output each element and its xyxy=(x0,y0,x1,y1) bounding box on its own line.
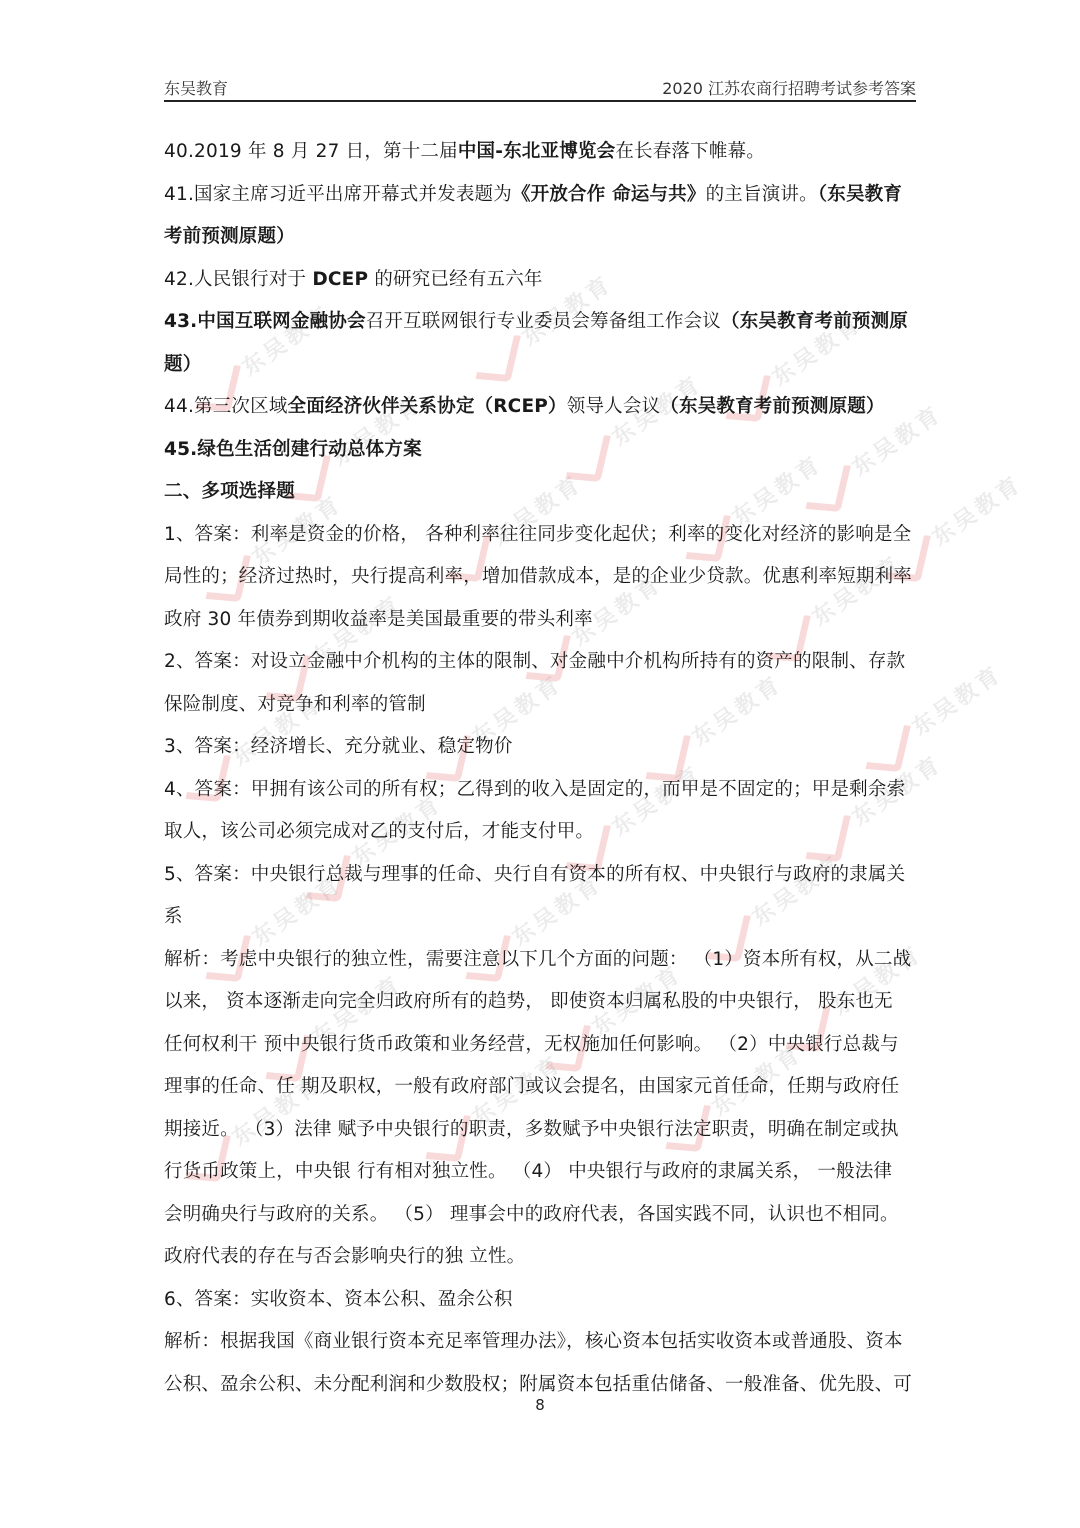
text-line: 二、多项选择题 xyxy=(164,471,916,514)
text-segment: 41.国家主席习近平出席开幕式并发表题为 xyxy=(164,184,512,205)
text-segment: 5、答案：中央银行总裁与理事的任命、央行自有资本的所有权、中央银行与政府的隶属关 xyxy=(164,864,905,885)
bold-text: 43.中国互联网金融协会 xyxy=(164,311,366,332)
bold-text: （东吴教育考前预测原题） xyxy=(660,396,884,417)
text-line: 解析：考虑中央银行的独立性，需要注意以下几个方面的问题： （1）资本所有权，从二… xyxy=(164,939,916,982)
bold-text: 《开放合作 命运与共》 xyxy=(512,184,706,205)
bold-text: 全面经济伙伴关系协定（RCEP） xyxy=(288,396,567,417)
document-body: 40.2019 年 8 月 27 日，第十二届中国-东北亚博览会在长春落下帷幕。… xyxy=(164,131,916,1406)
text-segment: 2、答案：对设立金融中介机构的主体的限制、对金融中介机构所持有的资产的限制、存款 xyxy=(164,651,905,672)
text-segment: 行货币政策上，中央银 行有相对独立性。 （4） 中央银行与政府的隶属关系， 一般… xyxy=(164,1161,892,1182)
page-header: 东吴教育 2020 江苏农商行招聘考试参考答案 xyxy=(164,76,916,102)
text-line: 局性的；经济过热时，央行提高利率，增加借款成本，是的企业少贷款。优惠利率短期利率 xyxy=(164,556,916,599)
text-segment: 1、答案：利率是资金的价格， 各种利率往往同步变化起伏；利率的变化对经济的影响是… xyxy=(164,524,911,545)
text-line: 2、答案：对设立金融中介机构的主体的限制、对金融中介机构所持有的资产的限制、存款 xyxy=(164,641,916,684)
watermark-text: 东吴教育 xyxy=(908,661,1008,741)
text-segment: 6、答案：实收资本、资本公积、盈余公积 xyxy=(164,1289,513,1310)
text-line: 会明确央行与政府的关系。 （5） 理事会中的政府代表，各国实践不同，认识也不相同… xyxy=(164,1194,916,1237)
text-segment: 以来， 资本逐渐走向完全归政府所有的趋势， 即使资本归属私股的中央银行， 股东也… xyxy=(164,991,893,1012)
text-line: 期接近。 （3）法律 赋予中央银行的职责，多数赋予中央银行法定职责，明确在制定或… xyxy=(164,1109,916,1152)
text-line: 45.绿色生活创建行动总体方案 xyxy=(164,429,916,472)
text-segment: 召开互联网银行专业委员会筹备组工作会议 xyxy=(366,311,721,332)
bold-text: 考前预测原题） xyxy=(164,226,295,247)
text-segment: 理事的任命、任 期及职权，一般有政府部门或议会提名，由国家元首任命，任期与政府任 xyxy=(164,1076,899,1097)
text-line: 42.人民银行对于 DCEP 的研究已经有五六年 xyxy=(164,259,916,302)
bold-text: 45.绿色生活创建行动总体方案 xyxy=(164,439,422,460)
text-line: 44.第三次区域全面经济伙伴关系协定（RCEP）领导人会议（东吴教育考前预测原题… xyxy=(164,386,916,429)
text-segment: 在长春落下帷幕。 xyxy=(615,141,765,162)
bold-text: 中国-东北亚博览会 xyxy=(458,141,615,162)
bold-text: 题） xyxy=(164,354,201,375)
text-segment: 政府代表的存在与否会影响央行的独 立性。 xyxy=(164,1246,525,1267)
text-line: 考前预测原题） xyxy=(164,216,916,259)
text-line: 6、答案：实收资本、资本公积、盈余公积 xyxy=(164,1279,916,1322)
text-line: 行货币政策上，中央银 行有相对独立性。 （4） 中央银行与政府的隶属关系， 一般… xyxy=(164,1151,916,1194)
text-segment: 的主旨演讲。 xyxy=(706,184,818,205)
watermark-text: 东吴教育 xyxy=(928,471,1028,551)
text-segment: 44.第三次区域 xyxy=(164,396,288,417)
text-line: 41.国家主席习近平出席开幕式并发表题为《开放合作 命运与共》的主旨演讲。（东吴… xyxy=(164,174,916,217)
text-line: 系 xyxy=(164,896,916,939)
text-line: 取人，该公司必须完成对乙的支付后，才能支付甲。 xyxy=(164,811,916,854)
text-line: 4、答案：甲拥有该公司的所有权；乙得到的收入是固定的，而甲是不固定的；甲是剩余索 xyxy=(164,769,916,812)
bold-text: （东吴教育考前预测原 xyxy=(721,311,908,332)
header-org-name: 东吴教育 xyxy=(164,76,228,99)
text-segment: 政府 30 年债券到期收益率是美国最重要的带头利率 xyxy=(164,609,593,630)
text-segment: 任何权利干 预中央银行货币政策和业务经营，无权施加任何影响。 （2）中央银行总裁… xyxy=(164,1034,899,1055)
bold-text: DCEP xyxy=(312,269,368,290)
text-segment: 期接近。 （3）法律 赋予中央银行的职责，多数赋予中央银行法定职责，明确在制定或… xyxy=(164,1119,899,1140)
bold-text: （东吴教育 xyxy=(818,184,902,205)
text-line: 任何权利干 预中央银行货币政策和业务经营，无权施加任何影响。 （2）中央银行总裁… xyxy=(164,1024,916,1067)
text-line: 以来， 资本逐渐走向完全归政府所有的趋势， 即使资本归属私股的中央银行， 股东也… xyxy=(164,981,916,1024)
text-segment: 取人，该公司必须完成对乙的支付后，才能支付甲。 xyxy=(164,821,594,842)
text-segment: 领导人会议 xyxy=(567,396,661,417)
text-segment: 解析：考虑中央银行的独立性，需要注意以下几个方面的问题： （1）资本所有权，从二… xyxy=(164,949,911,970)
text-segment: 3、答案：经济增长、充分就业、稳定物价 xyxy=(164,736,513,757)
text-line: 政府代表的存在与否会影响央行的独 立性。 xyxy=(164,1236,916,1279)
text-segment: 公积、盈余公积、未分配利润和少数股权；附属资本包括重估储备、一般准备、优先股、可 xyxy=(164,1374,912,1395)
text-line: 1、答案：利率是资金的价格， 各种利率往往同步变化起伏；利率的变化对经济的影响是… xyxy=(164,514,916,557)
text-line: 43.中国互联网金融协会召开互联网银行专业委员会筹备组工作会议（东吴教育考前预测… xyxy=(164,301,916,344)
text-segment: 解析：根据我国《商业银行资本充足率管理办法》，核心资本包括实收资本或普通股、资本 xyxy=(164,1331,903,1352)
text-line: 40.2019 年 8 月 27 日，第十二届中国-东北亚博览会在长春落下帷幕。 xyxy=(164,131,916,174)
text-line: 政府 30 年债券到期收益率是美国最重要的带头利率 xyxy=(164,599,916,642)
header-document-title: 2020 江苏农商行招聘考试参考答案 xyxy=(662,76,916,99)
text-line: 题） xyxy=(164,344,916,387)
text-segment: 会明确央行与政府的关系。 （5） 理事会中的政府代表，各国实践不同，认识也不相同… xyxy=(164,1204,899,1225)
text-segment: 系 xyxy=(164,906,183,927)
text-line: 3、答案：经济增长、充分就业、稳定物价 xyxy=(164,726,916,769)
text-segment: 保险制度、对竞争和利率的管制 xyxy=(164,694,426,715)
text-segment: 42.人民银行对于 xyxy=(164,269,312,290)
page-number: 8 xyxy=(0,1396,1080,1414)
text-segment: 40.2019 年 8 月 27 日，第十二届 xyxy=(164,141,458,162)
text-segment: 4、答案：甲拥有该公司的所有权；乙得到的收入是固定的，而甲是不固定的；甲是剩余索 xyxy=(164,779,905,800)
text-line: 5、答案：中央银行总裁与理事的任命、央行自有资本的所有权、中央银行与政府的隶属关 xyxy=(164,854,916,897)
bold-text: 二、多项选择题 xyxy=(164,481,295,502)
text-line: 解析：根据我国《商业银行资本充足率管理办法》，核心资本包括实收资本或普通股、资本 xyxy=(164,1321,916,1364)
text-segment: 局性的；经济过热时，央行提高利率，增加借款成本，是的企业少贷款。优惠利率短期利率 xyxy=(164,566,912,587)
text-line: 保险制度、对竞争和利率的管制 xyxy=(164,684,916,727)
text-line: 理事的任命、任 期及职权，一般有政府部门或议会提名，由国家元首任命，任期与政府任 xyxy=(164,1066,916,1109)
text-segment: 的研究已经有五六年 xyxy=(368,269,542,290)
